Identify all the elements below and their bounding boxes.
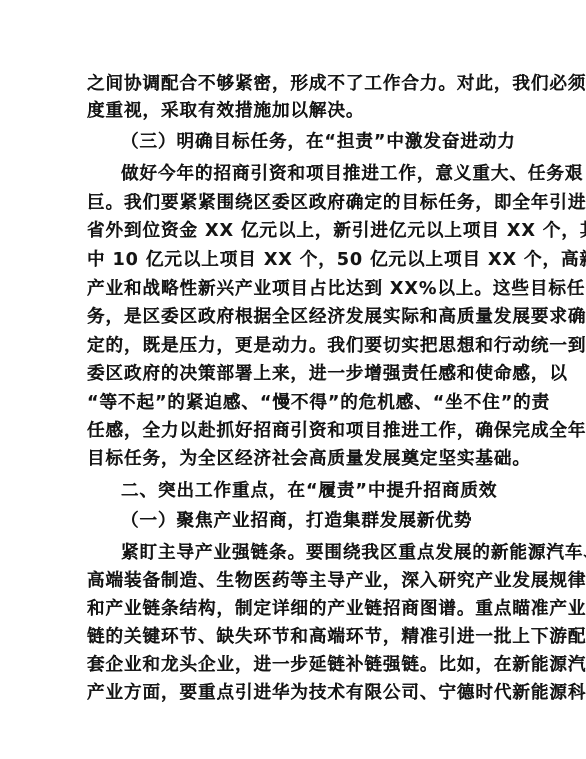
- text-line: 紧盯主导产业强链条。要围绕我区重点发展的新能源汽车、: [121, 542, 501, 564]
- text-line: 省外到位资金 XX 亿元以上，新引进亿元以上项目 XX 个，其: [87, 220, 501, 242]
- text-line: 委区政府的决策部署上来，进一步增强责任感和使命感，以: [87, 363, 501, 385]
- section-heading: 二、突出工作重点，在“履责”中提升招商质效: [121, 480, 501, 502]
- text-line: 目标任务，为全区经济社会高质量发展奠定坚实基础。: [87, 448, 501, 470]
- text-line: 度重视，采取有效措施加以解决。: [87, 100, 501, 122]
- text-line: 高端装备制造、生物医药等主导产业，深入研究产业发展规律: [87, 570, 501, 592]
- text-line: 中 10 亿元以上项目 XX 个，50 亿元以上项目 XX 个，高新技术: [87, 249, 501, 271]
- text-line: 巨。我们要紧紧围绕区委区政府确定的目标任务，即全年引进: [87, 192, 501, 214]
- text-line: 产业和战略性新兴产业项目占比达到 XX%以上。这些目标任: [87, 278, 501, 300]
- text-line: 任感，全力以赴抓好招商引资和项目推进工作，确保完成全年: [87, 420, 501, 442]
- text-line: 产业方面，要重点引进华为技术有限公司、宁德时代新能源科: [87, 682, 501, 704]
- text-line: 套企业和龙头企业，进一步延链补链强链。比如，在新能源汽车: [87, 654, 501, 676]
- section-heading: （一）聚焦产业招商，打造集群发展新优势: [121, 510, 501, 532]
- text-line: 和产业链条结构，制定详细的产业链招商图谱。重点瞄准产业: [87, 598, 501, 620]
- text-line: 做好今年的招商引资和项目推进工作，意义重大、任务艰: [121, 163, 501, 185]
- text-line: 链的关键环节、缺失环节和高端环节，精准引进一批上下游配: [87, 626, 501, 648]
- text-line: 之间协调配合不够紧密，形成不了工作合力。对此，我们必须高: [87, 73, 501, 95]
- document-page: 之间协调配合不够紧密，形成不了工作合力。对此，我们必须高度重视，采取有效措施加以…: [0, 0, 586, 759]
- text-line: “等不起”的紧迫感、“慢不得”的危机感、“坐不住”的责: [87, 392, 501, 414]
- text-line: 务，是区委区政府根据全区经济发展实际和高质量发展要求确: [87, 306, 501, 328]
- text-line: 定的，既是压力，更是动力。我们要切实把思想和行动统一到区: [87, 335, 501, 357]
- section-heading: （三）明确目标任务，在“担责”中激发奋进动力: [121, 131, 501, 153]
